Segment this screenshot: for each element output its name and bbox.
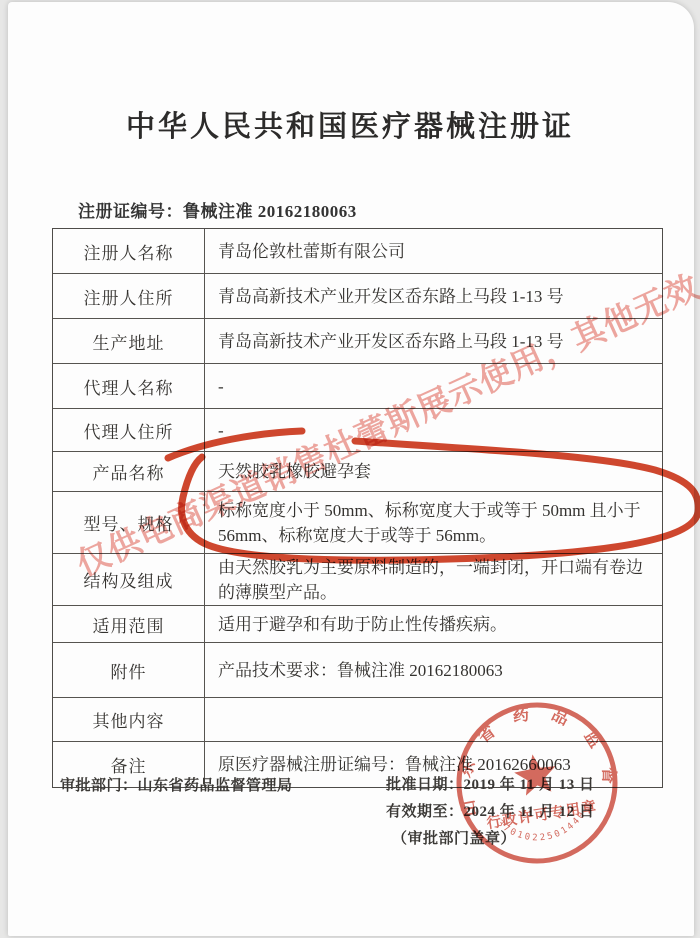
row-value: 标称宽度小于 50mm、标称宽度大于或等于 50mm 且小于 56mm、标称宽度… [205,492,662,553]
approval-dates-block: 批准日期：2019 年 11 月 13 日 有效期至：2024 年 11 月 1… [386,772,686,853]
row-value: 天然胶乳橡胶避孕套 [205,452,662,491]
table-row: 其他内容 [53,697,662,741]
certificate-page: 中华人民共和国医疗器械注册证 注册证编号：鲁械注准 20162180063 注册… [0,0,700,938]
row-label: 代理人名称 [53,364,205,408]
row-value: 产品技术要求：鲁械注准 20162180063 [205,643,662,697]
cert-number-label: 注册证编号： [78,202,183,221]
row-label: 其他内容 [53,698,205,741]
table-row: 产品名称 天然胶乳橡胶避孕套 [53,451,662,491]
table-row: 结构及组成 由天然胶乳为主要原料制造的，一端封闭，开口端有卷边的薄膜型产品。 [53,553,662,605]
row-label: 附件 [53,643,205,697]
valid-until-label: 有效期至： [386,804,464,820]
cert-number-value: 鲁械注准 20162180063 [183,202,357,221]
row-value: 青岛伦敦杜蕾斯有限公司 [205,229,662,273]
row-label: 生产地址 [53,319,205,363]
table-row: 注册人名称 青岛伦敦杜蕾斯有限公司 [53,229,662,273]
row-value: 青岛高新技术产业开发区岙东路上马段 1-13 号 [205,319,662,363]
row-value: 适用于避孕和有助于防止性传播疾病。 [205,606,662,642]
cert-number-line: 注册证编号：鲁械注准 20162180063 [78,197,357,222]
approval-dept-label: 审批部门： [60,778,138,794]
approve-date-value: 2019 年 11 月 13 日 [464,777,595,793]
row-label: 适用范围 [53,606,205,642]
row-label: 结构及组成 [53,554,205,605]
certificate-table: 注册人名称 青岛伦敦杜蕾斯有限公司 注册人住所 青岛高新技术产业开发区岙东路上马… [52,228,663,788]
valid-until-value: 2024 年 11 月 12 日 [464,804,595,820]
table-row: 适用范围 适用于避孕和有助于防止性传播疾病。 [53,605,662,642]
row-value: - [205,364,662,408]
row-label: 产品名称 [53,452,205,491]
table-row: 生产地址 青岛高新技术产业开发区岙东路上马段 1-13 号 [53,318,662,363]
approval-dept-line: 审批部门：山东省药品监督管理局 [60,774,293,795]
valid-until-line: 有效期至：2024 年 11 月 12 日 [386,799,686,826]
table-row: 代理人名称 - [53,363,662,408]
table-row: 附件 产品技术要求：鲁械注准 20162180063 [53,642,662,697]
table-row: 型号、规格 标称宽度小于 50mm、标称宽度大于或等于 50mm 且小于 56m… [53,491,662,553]
row-label: 注册人住所 [53,274,205,318]
row-value: 由天然胶乳为主要原料制造的，一端封闭，开口端有卷边的薄膜型产品。 [205,554,662,605]
row-value: - [205,409,662,451]
table-row: 代理人住所 - [53,408,662,451]
row-value [205,698,662,741]
row-value: 青岛高新技术产业开发区岙东路上马段 1-13 号 [205,274,662,318]
seal-note: （审批部门盖章） [386,826,686,853]
table-row: 注册人住所 青岛高新技术产业开发区岙东路上马段 1-13 号 [53,273,662,318]
page-title: 中华人民共和国医疗器械注册证 [0,104,700,145]
row-label: 型号、规格 [53,492,205,553]
row-label: 注册人名称 [53,229,205,273]
approve-date-line: 批准日期：2019 年 11 月 13 日 [386,772,686,799]
approve-date-label: 批准日期： [386,777,464,793]
row-label: 代理人住所 [53,409,205,451]
approval-dept-value: 山东省药品监督管理局 [138,778,293,794]
